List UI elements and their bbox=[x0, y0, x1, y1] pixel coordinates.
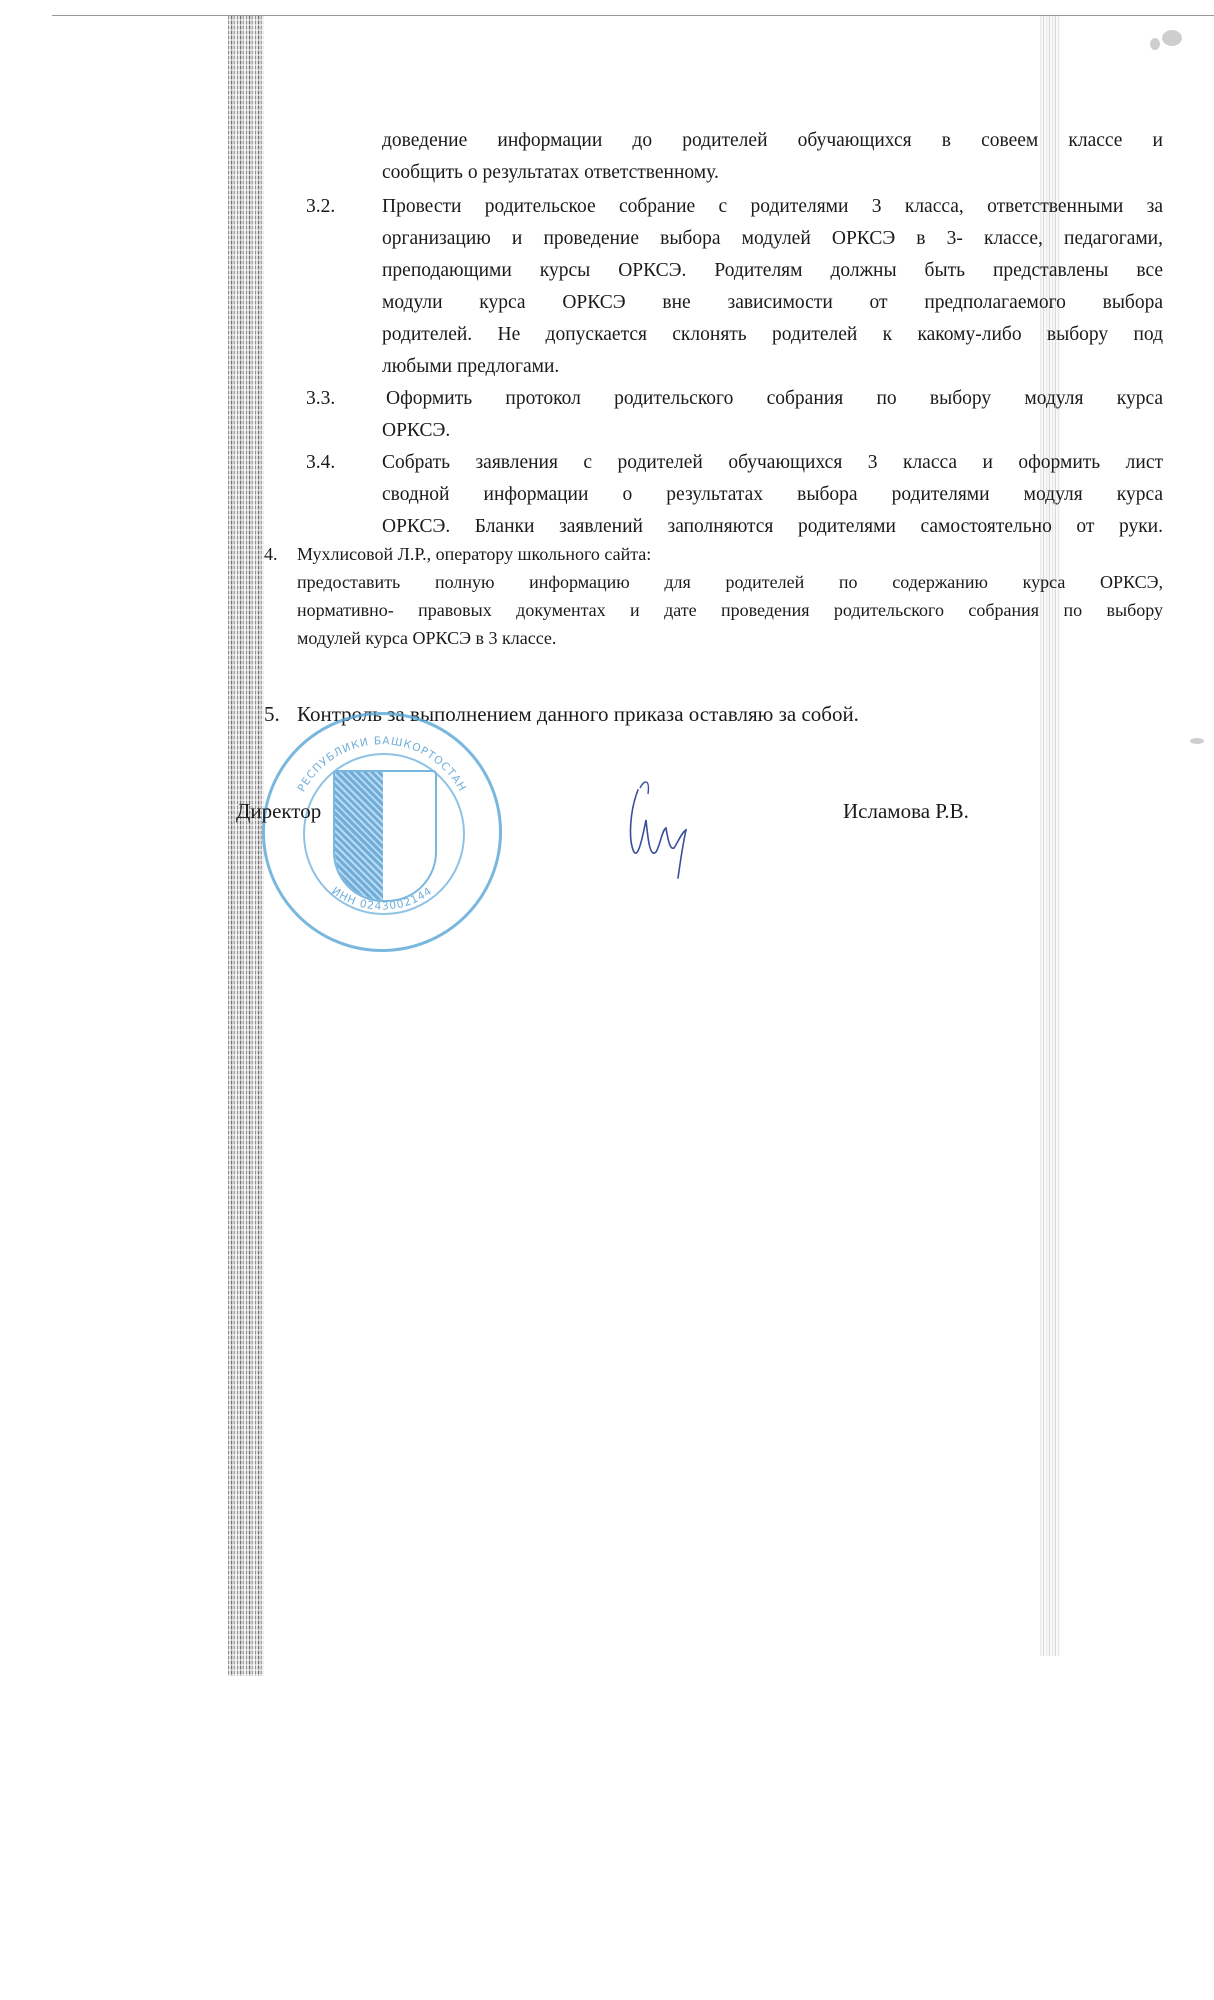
scan-artifact-stripe-left bbox=[228, 16, 264, 1676]
signatory-name: Исламова Р.В. bbox=[843, 801, 969, 822]
item-number-4: 4. bbox=[264, 545, 278, 563]
coat-of-arms-icon bbox=[333, 770, 437, 902]
signatory-title: Директор bbox=[236, 801, 321, 822]
item-number-3-4: 3.4. bbox=[306, 453, 335, 473]
scan-smudge bbox=[1190, 738, 1204, 744]
paragraph-line: Оформить протокол родительского собрания… bbox=[386, 389, 1163, 409]
item-number-3-3: 3.3. bbox=[306, 389, 335, 409]
paragraph-line: Провести родительское собрание с родител… bbox=[382, 197, 1163, 217]
paragraph-line: Собрать заявления с родителей обучающихс… bbox=[382, 453, 1163, 473]
paragraph-line: преподающими курсы ОРКСЭ. Родителям долж… bbox=[382, 261, 1163, 281]
scan-smudge bbox=[1162, 30, 1182, 46]
paragraph-line: ОРКСЭ. Бланки заявлений заполняются роди… bbox=[382, 517, 1163, 537]
paragraph-line: модули курса ОРКСЭ вне зависимости от пр… bbox=[382, 293, 1163, 313]
paragraph-line: сообщить о результатах ответственному. bbox=[382, 163, 719, 183]
item-4-heading: Мухлисовой Л.Р., оператору школьного сай… bbox=[297, 545, 651, 563]
paragraph-line: нормативно- правовых документах и дате п… bbox=[297, 601, 1163, 619]
paragraph-line: модулей курса ОРКСЭ в 3 классе. bbox=[297, 629, 556, 647]
handwritten-signature-icon bbox=[620, 770, 710, 880]
paragraph-line: доведение информации до родителей обучаю… bbox=[382, 131, 1163, 151]
item-number-3-2: 3.2. bbox=[306, 197, 335, 217]
paragraph-line: ОРКСЭ. bbox=[382, 421, 450, 441]
official-stamp: РЕСПУБЛИКИ БАШКОРТОСТАН ИНН 0243002144 bbox=[262, 712, 502, 952]
paragraph-line: предоставить полную информацию для родит… bbox=[297, 573, 1163, 591]
paragraph-line: организацию и проведение выбора модулей … bbox=[382, 229, 1163, 249]
scan-smudge bbox=[1150, 38, 1160, 50]
paragraph-line: родителей. Не допускается склонять родит… bbox=[382, 325, 1163, 345]
paragraph-line: сводной информации о результатах выбора … bbox=[382, 485, 1163, 505]
paragraph-line: любыми предлогами. bbox=[382, 357, 559, 377]
